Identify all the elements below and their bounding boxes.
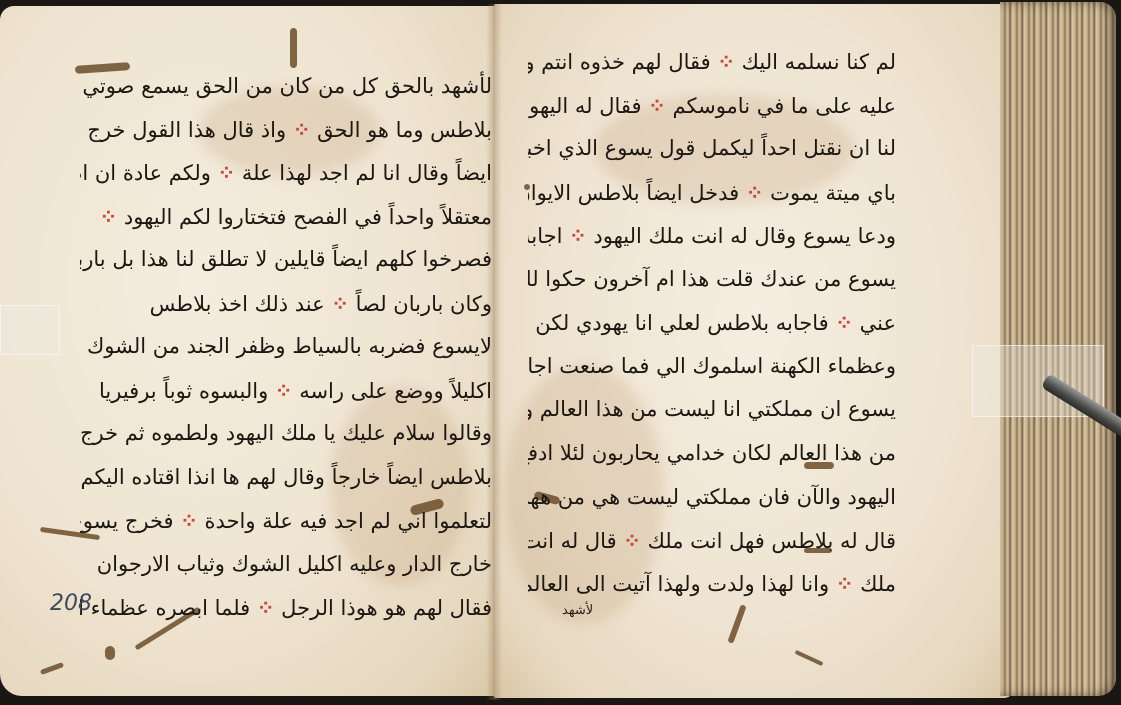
text-line: ودعا يسوع وقال له انت ملك اليهود ⁘ اجابه: [528, 214, 896, 258]
text-line: بلاطس ايضاً خارجاً وقال لهم ها انذا اقتا…: [80, 456, 492, 500]
text-line: اليهود والآن فان مملكتي ليست هي من ههنا …: [528, 475, 896, 519]
transparent-tape: [0, 305, 60, 355]
rubric-marker: ⁘: [835, 310, 853, 335]
rubric-marker: ⁘: [836, 571, 854, 596]
text-line: لتعلموا اني لم اجد فيه علة واحدة ⁘ فخرج …: [80, 499, 492, 543]
text-line: قال له بلاطس فهل انت ملك ⁘ قال له انت قل…: [528, 519, 896, 563]
rubric-marker: ⁘: [180, 508, 198, 533]
rubric-marker: ⁘: [648, 93, 666, 118]
text-line: ملك ⁘ وانا لهذا ولدت ولهذا آتيت الى العا…: [528, 562, 896, 606]
text-line: وكان باربان لصاً ⁘ عند ذلك اخذ بلاطس: [80, 282, 492, 326]
text-line: فقال لهم هو هوذا الرجل ⁘ فلما ابصره عظما…: [80, 586, 492, 630]
rubric-marker: ⁘: [275, 378, 293, 403]
text-line: لم كنا نسلمه اليك ⁘ فقال لهم خذوه انتم و…: [528, 40, 896, 84]
text-line: من هذا العالم لكان خدامي يحاربون لئلا اد…: [528, 432, 896, 476]
rubric-marker: ⁘: [746, 180, 764, 205]
manuscript-photo: لأشهد بالحق كل من كان من الحق يسمع صوتي …: [0, 0, 1121, 705]
text-line: اكليلاً ووضع على راسه ⁘ والبسوه ثوباً بر…: [80, 369, 492, 413]
rubric-marker: ⁘: [100, 204, 118, 229]
text-line: خارج الدار وعليه اكليل الشوك وثياب الارج…: [80, 543, 492, 587]
worm-damage: [40, 662, 64, 675]
rubric-marker: ⁘: [293, 117, 311, 142]
folio-number: 208: [50, 591, 92, 616]
text-line: لايسوع فضربه بالسياط وظفر الجند من الشوك: [80, 325, 492, 369]
worm-damage: [727, 604, 746, 644]
worm-damage: [795, 650, 824, 666]
text-line: بلاطس وما هو الحق ⁘ واذ قال هذا القول خر…: [80, 108, 492, 152]
text-line: ايضاً وقال انا لم اجد لهذا علة ⁘ ولكم عا…: [80, 151, 492, 195]
text-line: لأشهد بالحق كل من كان من الحق يسمع صوتي …: [80, 64, 492, 108]
text-line: يسوع ان مملكتي انا ليست من هذا العالم ول…: [528, 388, 896, 432]
text-line: يسوع من عندك قلت هذا ام آخرون حكوا لك: [528, 258, 896, 302]
catchword: لأشهد: [562, 603, 593, 618]
rubric-marker: ⁘: [257, 595, 275, 620]
text-line: باي ميتة يموت ⁘ فدخل ايضاً بلاطس الايوان: [528, 171, 896, 215]
text-line: عني ⁘ فاجابه بلاطس لعلي انا يهودي لكن ام…: [528, 301, 896, 345]
rubric-marker: ⁘: [717, 49, 735, 74]
worm-damage: [290, 28, 297, 68]
worm-damage: [105, 646, 115, 660]
text-line: لنا ان نقتل احداً ليكمل قول يسوع الذي اخ…: [528, 127, 896, 171]
left-page-text: لأشهد بالحق كل من كان من الحق يسمع صوتي …: [80, 64, 492, 630]
text-line: معتقلاً واحداً في الفصح فتختاروا لكم الي…: [80, 195, 492, 239]
rubric-marker: ⁘: [331, 291, 349, 316]
text-line: عليه على ما في ناموسكم ⁘ فقال له اليهود …: [528, 84, 896, 128]
text-line: وعظماء الكهنة اسلموك الي فما صنعت اجاب: [528, 345, 896, 389]
rubric-marker: ⁘: [218, 160, 236, 185]
right-page-text: لم كنا نسلمه اليك ⁘ فقال لهم خذوه انتم و…: [528, 40, 896, 606]
text-line: فصرخوا كلهم ايضاً قايلين لا تطلق لنا هذا…: [80, 238, 492, 282]
rubric-marker: ⁘: [623, 528, 641, 553]
rubric-marker: ⁘: [569, 223, 587, 248]
text-line: وقالوا سلام عليك يا ملك اليهود ولطموه ثم…: [80, 412, 492, 456]
